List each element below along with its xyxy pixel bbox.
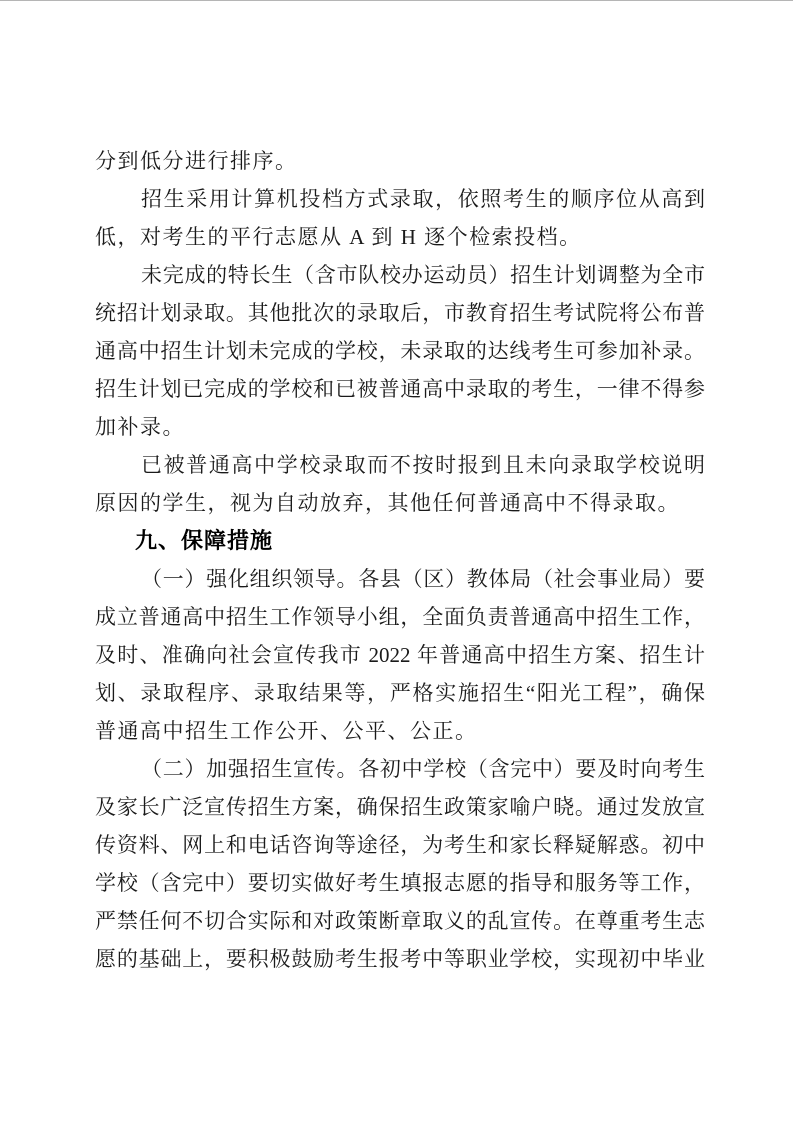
text-line: 分到低分进行排序。 [95, 142, 705, 180]
section-heading: 九、保障措施 [95, 522, 705, 560]
text-line: 愿的基础上，要积极鼓励考生报考中等职业学校，实现初中毕业 [95, 940, 705, 978]
paragraph: （一）强化组织领导。各县（区）教体局（社会事业局）要 成立普通高中招生工作领导小… [95, 560, 705, 750]
text-line: 未完成的特长生（含市队校办运动员）招生计划调整为全市 [95, 256, 705, 294]
text-line: 通高中招生计划未完成的学校，未录取的达线考生可参加补录。 [95, 332, 705, 370]
paragraph: 分到低分进行排序。 [95, 142, 705, 180]
text-line: 划、录取程序、录取结果等，严格实施招生“阳光工程”，确保 [95, 674, 705, 712]
document-page: 分到低分进行排序。 招生采用计算机投档方式录取，依照考生的顺序位从高到 低，对考… [0, 0, 793, 1122]
text-line: 及家长广泛宣传招生方案，确保招生政策家喻户晓。通过发放宣 [95, 788, 705, 826]
text-line: 加补录。 [95, 408, 705, 446]
paragraph: 招生采用计算机投档方式录取，依照考生的顺序位从高到 低，对考生的平行志愿从 A … [95, 180, 705, 256]
text-line: 招生计划已完成的学校和已被普通高中录取的考生，一律不得参 [95, 370, 705, 408]
paragraph: 未完成的特长生（含市队校办运动员）招生计划调整为全市 统招计划录取。其他批次的录… [95, 256, 705, 446]
text-line: 学校（含完中）要切实做好考生填报志愿的指导和服务等工作， [95, 864, 705, 902]
text-line: 招生采用计算机投档方式录取，依照考生的顺序位从高到 [95, 180, 705, 218]
text-line: 原因的学生，视为自动放弃，其他任何普通高中不得录取。 [95, 484, 705, 522]
paragraph: 已被普通高中学校录取而不按时报到且未向录取学校说明 原因的学生，视为自动放弃，其… [95, 446, 705, 522]
text-line: 低，对考生的平行志愿从 A 到 H 逐个检索投档。 [95, 218, 705, 256]
text-line: 统招计划录取。其他批次的录取后，市教育招生考试院将公布普 [95, 294, 705, 332]
text-line: 已被普通高中学校录取而不按时报到且未向录取学校说明 [95, 446, 705, 484]
text-line: 普通高中招生工作公开、公平、公正。 [95, 712, 705, 750]
text-line: （一）强化组织领导。各县（区）教体局（社会事业局）要 [95, 560, 705, 598]
text-line: 传资料、网上和电话咨询等途径，为考生和家长释疑解惑。初中 [95, 826, 705, 864]
text-line: 成立普通高中招生工作领导小组，全面负责普通高中招生工作， [95, 598, 705, 636]
text-line: 及时、准确向社会宣传我市 2022 年普通高中招生方案、招生计 [95, 636, 705, 674]
text-line: （二）加强招生宣传。各初中学校（含完中）要及时向考生 [95, 750, 705, 788]
paragraph: （二）加强招生宣传。各初中学校（含完中）要及时向考生 及家长广泛宣传招生方案，确… [95, 750, 705, 978]
document-body: 分到低分进行排序。 招生采用计算机投档方式录取，依照考生的顺序位从高到 低，对考… [95, 142, 705, 978]
text-line: 严禁任何不切合实际和对政策断章取义的乱宣传。在尊重考生志 [95, 902, 705, 940]
